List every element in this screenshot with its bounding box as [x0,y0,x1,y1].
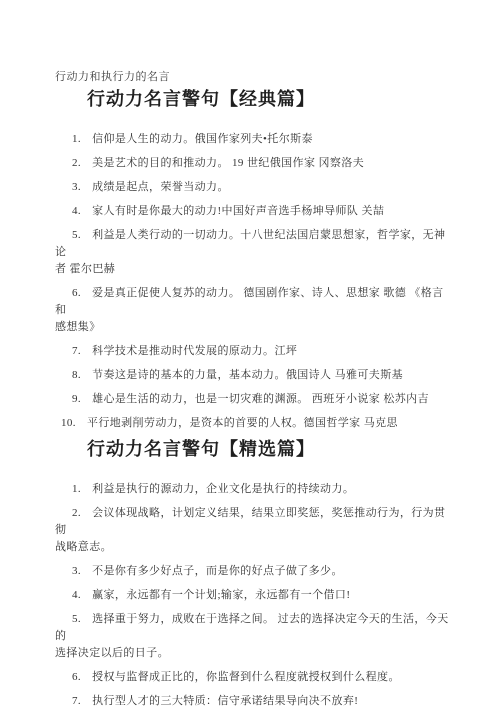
quote-line: 7.执行型人才的三大特质：信守承诺结果导向决不放弃! [55,693,454,707]
quote-line: 4.家人有时是你最大的动力!中国好声音选手杨坤导师队 关喆 [55,203,454,220]
quote-line: 7.科学技术是推动时代发展的原动力。江坪 [55,343,454,360]
quote-line: 6.授权与监督成正比的，你监督到什么程度就授权到什么程度。 [55,669,454,686]
list-item: 7.科学技术是推动时代发展的原动力。江坪 [55,343,454,360]
quote-line: 8.节奏这是诗的基本的力量，基本动力。俄国诗人 马雅可夫斯基 [55,367,454,384]
item-number: 5. [72,613,81,625]
quote-line: 1.信仰是人生的动力。俄国作家列夫•托尔斯泰 [55,131,454,148]
item-text: 授权与监督成正比的，你监督到什么程度就授权到什么程度。 [92,671,400,683]
section-heading-selected: 行动力名言警句【精选篇】 [87,439,454,460]
item-number: 6. [72,671,81,683]
item-text: 利益是人类行动的一切动力。十八世纪法国启蒙思想家，哲学家，无神论 [55,229,445,258]
list-item: 7.执行型人才的三大特质：信守承诺结果导向决不放弃! [55,693,454,707]
item-number: 6. [72,287,81,299]
item-text: 美是艺术的目的和推动力。 19 世纪俄国作家 冈察洛夫 [92,157,364,169]
list-item: 2.美是艺术的目的和推动力。 19 世纪俄国作家 冈察洛夫 [55,155,454,172]
item-text: 爱是真正促使人复苏的动力。 德国剧作家、诗人、思想家 歌德 《格言和 [55,287,444,316]
item-text: 执行型人才的三大特质：信守承诺结果导向决不放弃! [92,695,358,707]
list-item: 5.利益是人类行动的一切动力。十八世纪法国启蒙思想家，哲学家，无神论者 霍尔巴赫 [55,227,454,278]
list-item: 9.雄心是生活的动力，也是一切灾难的渊源。 西班牙小说家 松苏内吉 [55,391,454,408]
document-title: 行动力和执行力的名言 [55,71,454,83]
list-item: 1.利益是执行的源动力，企业文化是执行的持续动力。 [55,481,454,498]
item-text: 平行地剥削劳动力，是资本的首要的人权。德国哲学家 马克思 [87,417,398,429]
item-text-continuation: 感想集》 [55,319,454,336]
item-text: 雄心是生活的动力，也是一切灾难的渊源。 西班牙小说家 松苏内吉 [92,393,429,405]
item-text-continuation: 战略意志。 [55,539,454,556]
item-text: 成绩是起点，荣誉当动力。 [92,181,229,193]
quote-list-classic: 1.信仰是人生的动力。俄国作家列夫•托尔斯泰2.美是艺术的目的和推动力。 19 … [55,131,454,432]
item-text: 节奏这是诗的基本的力量，基本动力。俄国诗人 马雅可夫斯基 [92,369,403,381]
item-number: 10. [61,417,76,429]
section-selected: 行动力名言警句【精选篇】 1.利益是执行的源动力，企业文化是执行的持续动力。2.… [55,439,454,707]
item-number: 2. [72,507,81,519]
item-text-continuation: 者 霍尔巴赫 [55,261,454,278]
item-number: 3. [72,565,81,577]
quote-line: 9.雄心是生活的动力，也是一切灾难的渊源。 西班牙小说家 松苏内吉 [55,391,454,408]
quote-line: 1.利益是执行的源动力，企业文化是执行的持续动力。 [55,481,454,498]
item-number: 9. [72,393,81,405]
item-number: 1. [72,483,81,495]
quote-line: 5.利益是人类行动的一切动力。十八世纪法国启蒙思想家，哲学家，无神论 [55,227,454,261]
list-item: 3.不是你有多少好点子，而是你的好点子做了多少。 [55,563,454,580]
list-item: 1.信仰是人生的动力。俄国作家列夫•托尔斯泰 [55,131,454,148]
item-text: 会议体现战略，计划定义结果，结果立即奖惩，奖惩推动行为，行为贯彻 [55,507,445,536]
quote-line: 5.选择重于努力，成败在于选择之间。 过去的选择决定今天的生活，今天的 [55,611,454,645]
list-item: 4.家人有时是你最大的动力!中国好声音选手杨坤导师队 关喆 [55,203,454,220]
item-text: 家人有时是你最大的动力!中国好声音选手杨坤导师队 关喆 [92,205,384,217]
item-text: 赢家，永远都有一个计划;输家，永远都有一个借口! [92,589,350,601]
quote-line: 10.平行地剥削劳动力，是资本的首要的人权。德国哲学家 马克思 [55,415,454,432]
list-item: 6.爱是真正促使人复苏的动力。 德国剧作家、诗人、思想家 歌德 《格言和感想集》 [55,285,454,336]
section-heading-classic: 行动力名言警句【经典篇】 [87,89,454,110]
item-text: 不是你有多少好点子，而是你的好点子做了多少。 [92,565,343,577]
item-text-continuation: 选择决定以后的日子。 [55,645,454,662]
list-item: 6.授权与监督成正比的，你监督到什么程度就授权到什么程度。 [55,669,454,686]
quote-line: 4.赢家，永远都有一个计划;输家，永远都有一个借口! [55,587,454,604]
item-number: 4. [72,589,81,601]
item-text: 选择重于努力，成败在于选择之间。 过去的选择决定今天的生活，今天的 [55,613,449,642]
item-text: 利益是执行的源动力，企业文化是执行的持续动力。 [92,483,354,495]
list-item: 5.选择重于努力，成败在于选择之间。 过去的选择决定今天的生活，今天的选择决定以… [55,611,454,662]
quote-line: 3.成绩是起点，荣誉当动力。 [55,179,454,196]
item-number: 5. [72,229,81,241]
list-item: 10.平行地剥削劳动力，是资本的首要的人权。德国哲学家 马克思 [55,415,454,432]
item-text: 科学技术是推动时代发展的原动力。江坪 [92,345,297,357]
list-item: 2.会议体现战略，计划定义结果，结果立即奖惩，奖惩推动行为，行为贯彻战略意志。 [55,505,454,556]
section-classic: 行动力名言警句【经典篇】 1.信仰是人生的动力。俄国作家列夫•托尔斯泰2.美是艺… [55,89,454,432]
item-number: 2. [72,157,81,169]
quote-line: 2.会议体现战略，计划定义结果，结果立即奖惩，奖惩推动行为，行为贯彻 [55,505,454,539]
item-number: 4. [72,205,81,217]
quote-line: 6.爱是真正促使人复苏的动力。 德国剧作家、诗人、思想家 歌德 《格言和 [55,285,454,319]
item-number: 3. [72,181,81,193]
quote-line: 2.美是艺术的目的和推动力。 19 世纪俄国作家 冈察洛夫 [55,155,454,172]
item-number: 7. [72,345,81,357]
list-item: 8.节奏这是诗的基本的力量，基本动力。俄国诗人 马雅可夫斯基 [55,367,454,384]
document-page: 行动力和执行力的名言 行动力名言警句【经典篇】 1.信仰是人生的动力。俄国作家列… [0,0,500,707]
item-number: 1. [72,133,81,145]
item-text: 信仰是人生的动力。俄国作家列夫•托尔斯泰 [92,133,313,145]
list-item: 3.成绩是起点，荣誉当动力。 [55,179,454,196]
item-number: 8. [72,369,81,381]
item-number: 7. [72,695,81,707]
quote-list-selected: 1.利益是执行的源动力，企业文化是执行的持续动力。2.会议体现战略，计划定义结果… [55,481,454,707]
quote-line: 3.不是你有多少好点子，而是你的好点子做了多少。 [55,563,454,580]
list-item: 4.赢家，永远都有一个计划;输家，永远都有一个借口! [55,587,454,604]
